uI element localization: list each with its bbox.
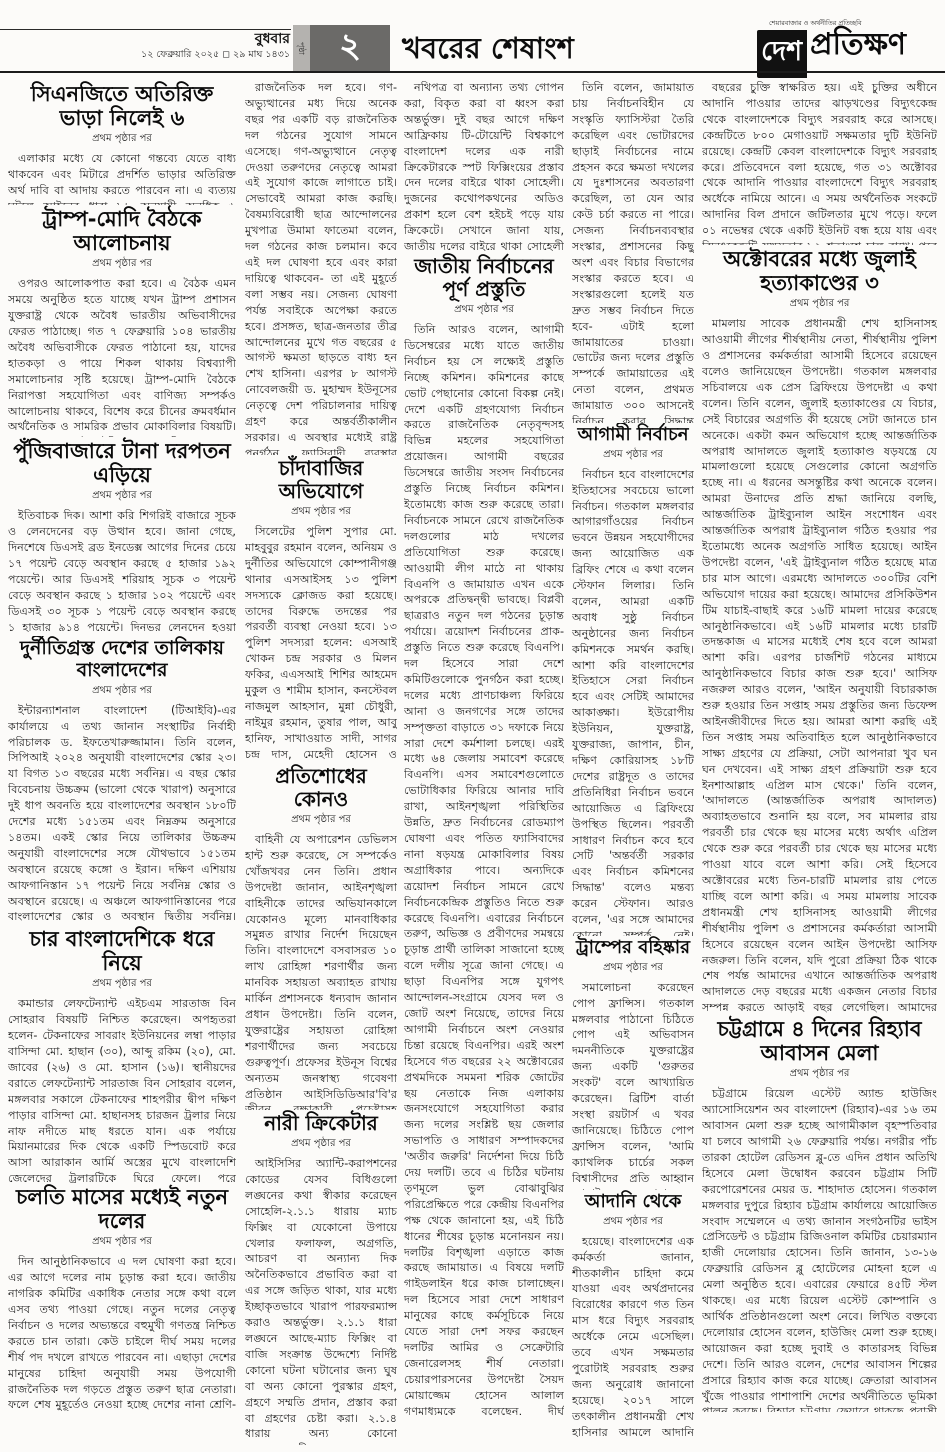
article-body: চট্টগ্রামে রিয়েল এস্টেট অ্যান্ড হাউজিং … bbox=[702, 1086, 937, 1412]
article-headline: দুর্নীতিগ্রস্ত দেশের তালিকায় বাংলাদেশের bbox=[8, 636, 236, 683]
article-body: বাহিনী যে অপারেশন ডেভিলস হান্ট শুরু করেছ… bbox=[245, 832, 397, 1110]
news-column-2: রাজনৈতিক দল হবে। গণ-অভ্যুত্থানের মধ্য দি… bbox=[245, 80, 397, 1445]
article-headline: অক্টোবরের মধ্যে জুলাই হত্যাকাণ্ডের ৩ bbox=[702, 245, 937, 296]
article-body: নির্বাচন হবে বাংলাদেশের ইতিহাসের সবচেয়ে… bbox=[572, 467, 694, 936]
article-body: বছরের চুক্তি স্বাক্ষরিত হয়। এই চুক্তির … bbox=[702, 80, 937, 245]
article-headline: চার বাংলাদেশিকে ধরে নিয়ে bbox=[8, 925, 236, 976]
article-body: ইন্টারন্যাশনাল বাংলাদেশ (টিআইবি)-এর কার্… bbox=[8, 703, 236, 925]
article-body: তিনি বলেন, জামায়াত চায় নির্বাচনবিহীন য… bbox=[572, 80, 694, 423]
page-number: ২ bbox=[310, 25, 390, 72]
article-body: সমালোচনা করেছেন পোপ ফ্রান্সিস। গতকাল মঙ্… bbox=[572, 980, 694, 1190]
section-title: খবরের শেষাংশ bbox=[402, 26, 574, 75]
header-rule-full bbox=[0, 71, 945, 73]
article-body: ইতিবাচক দিক। আশা করি শিগরিই বাজারে সূচক … bbox=[8, 508, 236, 636]
newspaper-page: বুধবার ১২ ফেব্রুয়ারি ২০২৫ ◻ ২৯ মাঘ ১৪৩১… bbox=[0, 0, 945, 1452]
article-headline: ট্রাম্পের বহিষ্কার bbox=[572, 936, 694, 960]
article-new-party: চলতি মাসের মধ্যেই নতুন দলের প্রথম পৃষ্ঠা… bbox=[8, 1183, 236, 1411]
article-corruption-index: দুর্নীতিগ্রস্ত দেশের তালিকায় বাংলাদেশের… bbox=[8, 636, 236, 925]
article-body: হয়েছে। বাংলাদেশের এক কর্মকর্তা জানান, শ… bbox=[572, 1234, 694, 1440]
news-column-3: নথিপত্র বা অন্যান্য তথ্য গোপন করা, বিকৃত… bbox=[404, 80, 564, 1415]
article-national-election-preparation: জাতীয় নির্বাচনের পূর্ণ প্রস্তুতি প্রথম … bbox=[404, 253, 564, 1415]
article-july-killings-verdict: অক্টোবরের মধ্যে জুলাই হত্যাকাণ্ডের ৩ প্র… bbox=[702, 245, 937, 1015]
continuation-jamaat: তিনি বলেন, জামায়াত চায় নির্বাচনবিহীন য… bbox=[572, 80, 694, 423]
continued-from-page1-label: প্রথম পৃষ্ঠার পর bbox=[8, 1234, 236, 1254]
article-body: দিন আনুষ্ঠানিকভাবে এ দল ঘোষণা করা হবে। এ… bbox=[8, 1254, 236, 1411]
article-four-bangladeshis: চার বাংলাদেশিকে ধরে নিয়ে প্রথম পৃষ্ঠার … bbox=[8, 925, 236, 1183]
news-column-5: বছরের চুক্তি স্বাক্ষরিত হয়। এই চুক্তির … bbox=[702, 80, 937, 1412]
article-body: নথিপত্র বা অন্যান্য তথ্য গোপন করা, বিকৃত… bbox=[404, 80, 564, 253]
continued-from-page1-label: প্রথম পৃষ্ঠার পর bbox=[245, 1136, 397, 1156]
article-body: এলাকার মধ্যে যে কোনো গন্তব্যে যেতে বাধ্য… bbox=[8, 151, 236, 205]
continued-from-page1-label: প্রথম পৃষ্ঠার পর bbox=[8, 131, 236, 151]
article-body: আইসিসির অ্যান্টি-করাপশনের কোডের যেসব বিধ… bbox=[245, 1156, 397, 1445]
article-headline: জাতীয় নির্বাচনের পূর্ণ প্রস্তুতি bbox=[404, 253, 564, 302]
article-headline: প্রতিশোধের কোনও bbox=[245, 763, 397, 812]
header-rule-left bbox=[0, 29, 291, 30]
article-body: তিনি আরও বলেন, আগামী ডিসেম্বরের মধ্যে যা… bbox=[404, 322, 564, 1415]
continuation-woman-cricketer: নথিপত্র বা অন্যান্য তথ্য গোপন করা, বিকৃত… bbox=[404, 80, 564, 253]
article-headline: চাঁদাবাজির অভিযোগে bbox=[245, 455, 397, 504]
continued-from-page1-label: প্রথম পৃষ্ঠার পর bbox=[8, 256, 236, 276]
article-body: ওপরও আলোকপাত করা হবে। এ বৈঠক এমন সময়ে অ… bbox=[8, 276, 236, 437]
article-trump-modi: ট্রাম্প-মোদি বৈঠকে আলোচনায় প্রথম পৃষ্ঠা… bbox=[8, 205, 236, 437]
article-adani-power: আদানি থেকে প্রথম পৃষ্ঠার পর হয়েছে। বাংল… bbox=[572, 1190, 694, 1440]
continuation-new-party: রাজনৈতিক দল হবে। গণ-অভ্যুত্থানের মধ্য দি… bbox=[245, 80, 397, 455]
article-headline: পুঁজিবাজারে টানা দরপতন এড়িয়ে bbox=[8, 437, 236, 488]
article-headline: চট্টগ্রামে ৪ দিনের রিহ্যাব আবাসন মেলা bbox=[702, 1015, 937, 1066]
article-headline: নারী ক্রিকেটার bbox=[245, 1110, 397, 1136]
continued-from-page1-label: প্রথম পৃষ্ঠার পর bbox=[404, 302, 564, 322]
article-cng-fare: সিএনজিতে অতিরিক্ত ভাড়া নিলেই ৬ প্রথম পৃ… bbox=[8, 80, 236, 205]
article-headline: চলতি মাসের মধ্যেই নতুন দলের bbox=[8, 1183, 236, 1234]
article-body: মামলায় সাবেক প্রধানমন্ত্রী শেখ হাসিনাসহ… bbox=[702, 316, 937, 1015]
continued-from-page1-label: প্রথম পৃষ্ঠার পর bbox=[8, 976, 236, 996]
continued-from-page1-label: প্রথম পৃষ্ঠার পর bbox=[572, 960, 694, 980]
article-next-election: আগামী নির্বাচন প্রথম পৃষ্ঠার পর নির্বাচন… bbox=[572, 423, 694, 936]
weekday-label: বুধবার bbox=[40, 31, 290, 49]
article-body: সিলেটের পুলিশ সুপার মো. মাহবুবুর রহমান ব… bbox=[245, 524, 397, 763]
article-no-revenge: প্রতিশোধের কোনও প্রথম পৃষ্ঠার পর বাহিনী … bbox=[245, 763, 397, 1110]
article-rehab-housing-fair: চট্টগ্রামে ৪ দিনের রিহ্যাব আবাসন মেলা প্… bbox=[702, 1015, 937, 1412]
article-extortion-police: চাঁদাবাজির অভিযোগে প্রথম পৃষ্ঠার পর সিলে… bbox=[245, 455, 397, 763]
continued-from-page1-label: প্রথম পৃষ্ঠার পর bbox=[702, 1066, 937, 1086]
date-line: ১২ ফেব্রুয়ারি ২০২৫ ◻ ২৯ মাঘ ১৪৩১ bbox=[40, 49, 290, 61]
news-column-1: সিএনজিতে অতিরিক্ত ভাড়া নিলেই ৬ প্রথম পৃ… bbox=[8, 80, 236, 1411]
continued-from-page1-label: প্রথম পৃষ্ঠার পর bbox=[702, 296, 937, 316]
article-headline: ট্রাম্প-মোদি বৈঠকে আলোচনায় bbox=[8, 205, 236, 256]
continued-from-page1-label: প্রথম পৃষ্ঠার পর bbox=[245, 812, 397, 832]
article-woman-cricketer: নারী ক্রিকেটার প্রথম পৃষ্ঠার পর আইসিসির … bbox=[245, 1110, 397, 1445]
article-headline: আদানি থেকে bbox=[572, 1190, 694, 1214]
continuation-adani: বছরের চুক্তি স্বাক্ষরিত হয়। এই চুক্তির … bbox=[702, 80, 937, 245]
continued-from-page1-label: প্রথম পৃষ্ঠার পর bbox=[245, 504, 397, 524]
article-body: রাজনৈতিক দল হবে। গণ-অভ্যুত্থানের মধ্য দি… bbox=[245, 80, 397, 455]
date-block: বুধবার ১২ ফেব্রুয়ারি ২০২৫ ◻ ২৯ মাঘ ১৪৩১ bbox=[40, 31, 290, 60]
page-label: পৃষ্ঠা bbox=[293, 25, 310, 72]
article-body: কমান্ডার লেফটেন্যান্ট এইচএম সারতাজ বিন স… bbox=[8, 996, 236, 1183]
article-headline: আগামী নির্বাচন bbox=[572, 423, 694, 447]
article-stock-market: পুঁজিবাজারে টানা দরপতন এড়িয়ে প্রথম পৃষ… bbox=[8, 437, 236, 636]
masthead: শেয়ারবাজার ও অর্থনীতির প্রতিচ্ছবি দেশ প… bbox=[757, 18, 937, 78]
news-column-4: তিনি বলেন, জামায়াত চায় নির্বাচনবিহীন য… bbox=[572, 80, 694, 1440]
continued-from-page1-label: প্রথম পৃষ্ঠার পর bbox=[8, 488, 236, 508]
page-number-box: পৃষ্ঠা ২ bbox=[293, 25, 390, 72]
continued-from-page1-label: প্রথম পৃষ্ঠার পর bbox=[572, 447, 694, 467]
continued-from-page1-label: প্রথম পৃষ্ঠার পর bbox=[572, 1214, 694, 1234]
continued-from-page1-label: প্রথম পৃষ্ঠার পর bbox=[8, 683, 236, 703]
article-trump-deportation: ট্রাম্পের বহিষ্কার প্রথম পৃষ্ঠার পর সমাল… bbox=[572, 936, 694, 1190]
article-headline: সিএনজিতে অতিরিক্ত ভাড়া নিলেই ৬ bbox=[8, 80, 236, 131]
